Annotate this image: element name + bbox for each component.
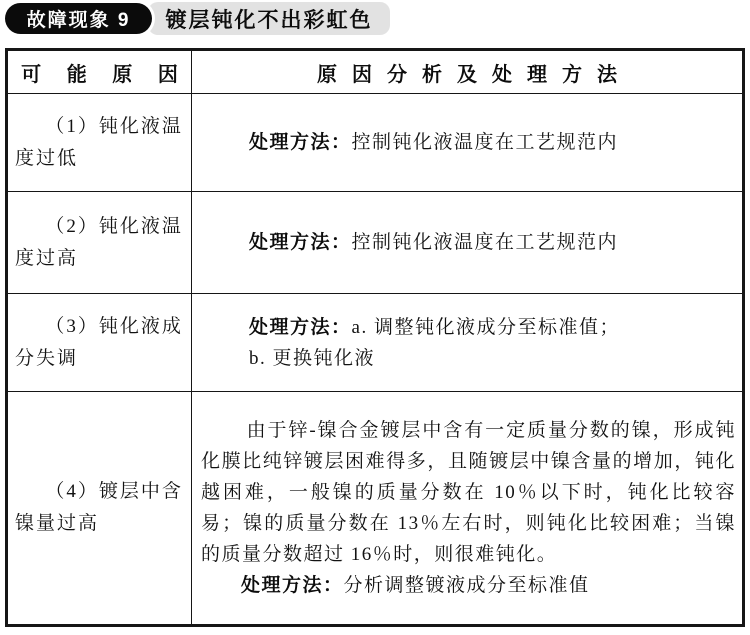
method-line-a: 处理方法：a. 调整钝化液成分至标准值； [249, 312, 736, 343]
method-label: 处理方法： [249, 132, 352, 153]
method-label: 处理方法： [249, 232, 352, 253]
cause-cell: （2）钝化液温度过高 [7, 192, 192, 294]
cause-cell: （1）钝化液温度过低 [7, 94, 192, 192]
method-line: 处理方法：控制钝化液温度在工艺规范内 [249, 127, 736, 158]
column-header-analysis: 原因分析及处理方法 [192, 50, 744, 94]
method-line: 处理方法：控制钝化液温度在工艺规范内 [249, 227, 736, 258]
method-text: 控制钝化液温度在工艺规范内 [352, 232, 619, 253]
method-text: a. 调整钝化液成分至标准值； [352, 317, 620, 338]
analysis-cell: 处理方法：a. 调整钝化液成分至标准值； b. 更换钝化液 [192, 294, 744, 392]
fault-number-badge: 故障现象 9 [5, 3, 152, 34]
table-row: （3）钝化液成分失调 处理方法：a. 调整钝化液成分至标准值； b. 更换钝化液 [7, 294, 744, 392]
method-line: 处理方法：分析调整镀液成分至标准值 [241, 570, 736, 601]
cause-cell: （3）钝化液成分失调 [7, 294, 192, 392]
fault-title-box: 镀层钝化不出彩虹色 [148, 2, 390, 35]
method-text: 分析调整镀液成分至标准值 [344, 575, 590, 596]
document-page: 镀层钝化不出彩虹色 故障现象 9 可 能 原 因 原因分析及处理方法 （1）钝化… [0, 0, 750, 635]
fault-table: 可 能 原 因 原因分析及处理方法 （1）钝化液温度过低 处理方法：控制钝化液温… [5, 48, 745, 627]
table-row: （2）钝化液温度过高 处理方法：控制钝化液温度在工艺规范内 [7, 192, 744, 294]
method-text: 控制钝化液温度在工艺规范内 [352, 132, 619, 153]
analysis-cell: 处理方法：控制钝化液温度在工艺规范内 [192, 192, 744, 294]
table-header-row: 可 能 原 因 原因分析及处理方法 [7, 50, 744, 94]
fault-header: 镀层钝化不出彩虹色 故障现象 9 [0, 0, 750, 44]
method-line-b: b. 更换钝化液 [249, 343, 736, 374]
method-label: 处理方法： [241, 575, 344, 596]
fault-badge-text: 故障现象 9 [27, 5, 131, 32]
analysis-paragraph: 由于锌-镍合金镀层中含有一定质量分数的镍，形成钝化膜比纯锌镀层困难得多，且随镀层… [201, 415, 736, 570]
analysis-cell: 处理方法：控制钝化液温度在工艺规范内 [192, 94, 744, 192]
method-label: 处理方法： [249, 317, 352, 338]
column-header-cause: 可 能 原 因 [7, 50, 192, 94]
fault-title-text: 镀层钝化不出彩虹色 [166, 4, 373, 34]
table-row: （4）镀层中含镍量过高 由于锌-镍合金镀层中含有一定质量分数的镍，形成钝化膜比纯… [7, 392, 744, 626]
cause-cell: （4）镀层中含镍量过高 [7, 392, 192, 626]
analysis-cell: 由于锌-镍合金镀层中含有一定质量分数的镍，形成钝化膜比纯锌镀层困难得多，且随镀层… [192, 392, 744, 626]
method-line: 处理方法：a. 调整钝化液成分至标准值； b. 更换钝化液 [249, 312, 736, 374]
table-row: （1）钝化液温度过低 处理方法：控制钝化液温度在工艺规范内 [7, 94, 744, 192]
